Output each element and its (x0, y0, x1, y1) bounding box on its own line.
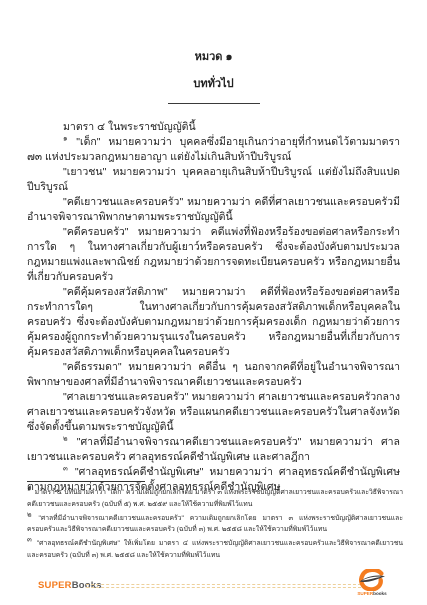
logo-wordmark: SUPERbooks (355, 591, 389, 597)
paragraph: "ศาลเยาวชนและครอบครัว" หมายความว่า ศาลเย… (27, 390, 400, 435)
header-divider (168, 103, 260, 104)
paragraph: "คดีคุ้มครองสวัสดิภาพ" หมายความว่า คดีที… (27, 285, 400, 360)
superbooks-logo-icon (355, 569, 389, 591)
footnote-ref: ๒ (27, 511, 33, 518)
footnote-list: ๑ มาตรา ๔ บทนิยามคำว่า "เด็ก" ความเดิมถู… (27, 487, 403, 561)
paragraph: "คดีธรรมดา" หมายความว่า คดีอื่น ๆ นอกจาก… (27, 360, 400, 390)
paragraph: "เยาวชน" หมายความว่า บุคคลอายุเกินสิบห้า… (27, 165, 400, 195)
footnote-ref: ๑ (63, 136, 68, 143)
page-footer: SUPERBooks SUPERbooks (0, 565, 427, 599)
paragraph: ๑ "เด็ก" หมายความว่า บุคคลซึ่งมีอายุเกิน… (27, 135, 400, 165)
footnote-section: ๑ มาตรา ๔ บทนิยามคำว่า "เด็ก" ความเดิมถู… (27, 481, 403, 564)
logo-super-label: SUPER (357, 591, 373, 596)
footnote-ref: ๓ (27, 537, 33, 544)
page-header: หมวด ๑ บททั่วไป (0, 0, 427, 104)
brand-super-label: SUPER (38, 580, 72, 591)
body-paragraphs: มาตรา ๔ ในพระราชบัญญัตินี้๑ "เด็ก" หมายค… (27, 120, 400, 495)
footer-dashed-line (86, 584, 361, 588)
footnote-ref: ๑ (27, 486, 32, 493)
superbooks-logo: SUPERbooks (355, 569, 389, 597)
paragraph: มาตรา ๔ ในพระราชบัญญัตินี้ (27, 120, 400, 135)
footnote-item: ๒ "ศาลที่มีอำนาจพิจารณาคดีเยาวชนและครอบค… (27, 513, 403, 536)
footnote-ref: ๒ (63, 436, 69, 443)
paragraph: "คดีครอบครัว" หมายความว่า คดีแพ่งที่ฟ้อง… (27, 225, 400, 285)
paragraph: "คดีเยาวชนและครอบครัว" หมายความว่า คดีที… (27, 195, 400, 225)
section-title: บททั่วไป (0, 74, 427, 92)
chapter-heading: หมวด ๑ (0, 47, 427, 65)
document-page: หมวด ๑ บททั่วไป มาตรา ๔ ในพระราชบัญญัติน… (0, 0, 427, 605)
footnote-item: ๓ "ศาลอุทธรณ์คดีชำนัญพิเศษ" ให้เพิ่มโดย … (27, 538, 403, 561)
logo-books-label: books (373, 591, 387, 596)
footnote-ref: ๓ (63, 466, 69, 473)
footnote-divider (27, 481, 145, 482)
paragraph: ๒ "ศาลที่มีอำนาจพิจารณาคดีเยาวชนและครอบค… (27, 435, 400, 465)
footnote-item: ๑ มาตรา ๔ บทนิยามคำว่า "เด็ก" ความเดิมถู… (27, 487, 403, 510)
